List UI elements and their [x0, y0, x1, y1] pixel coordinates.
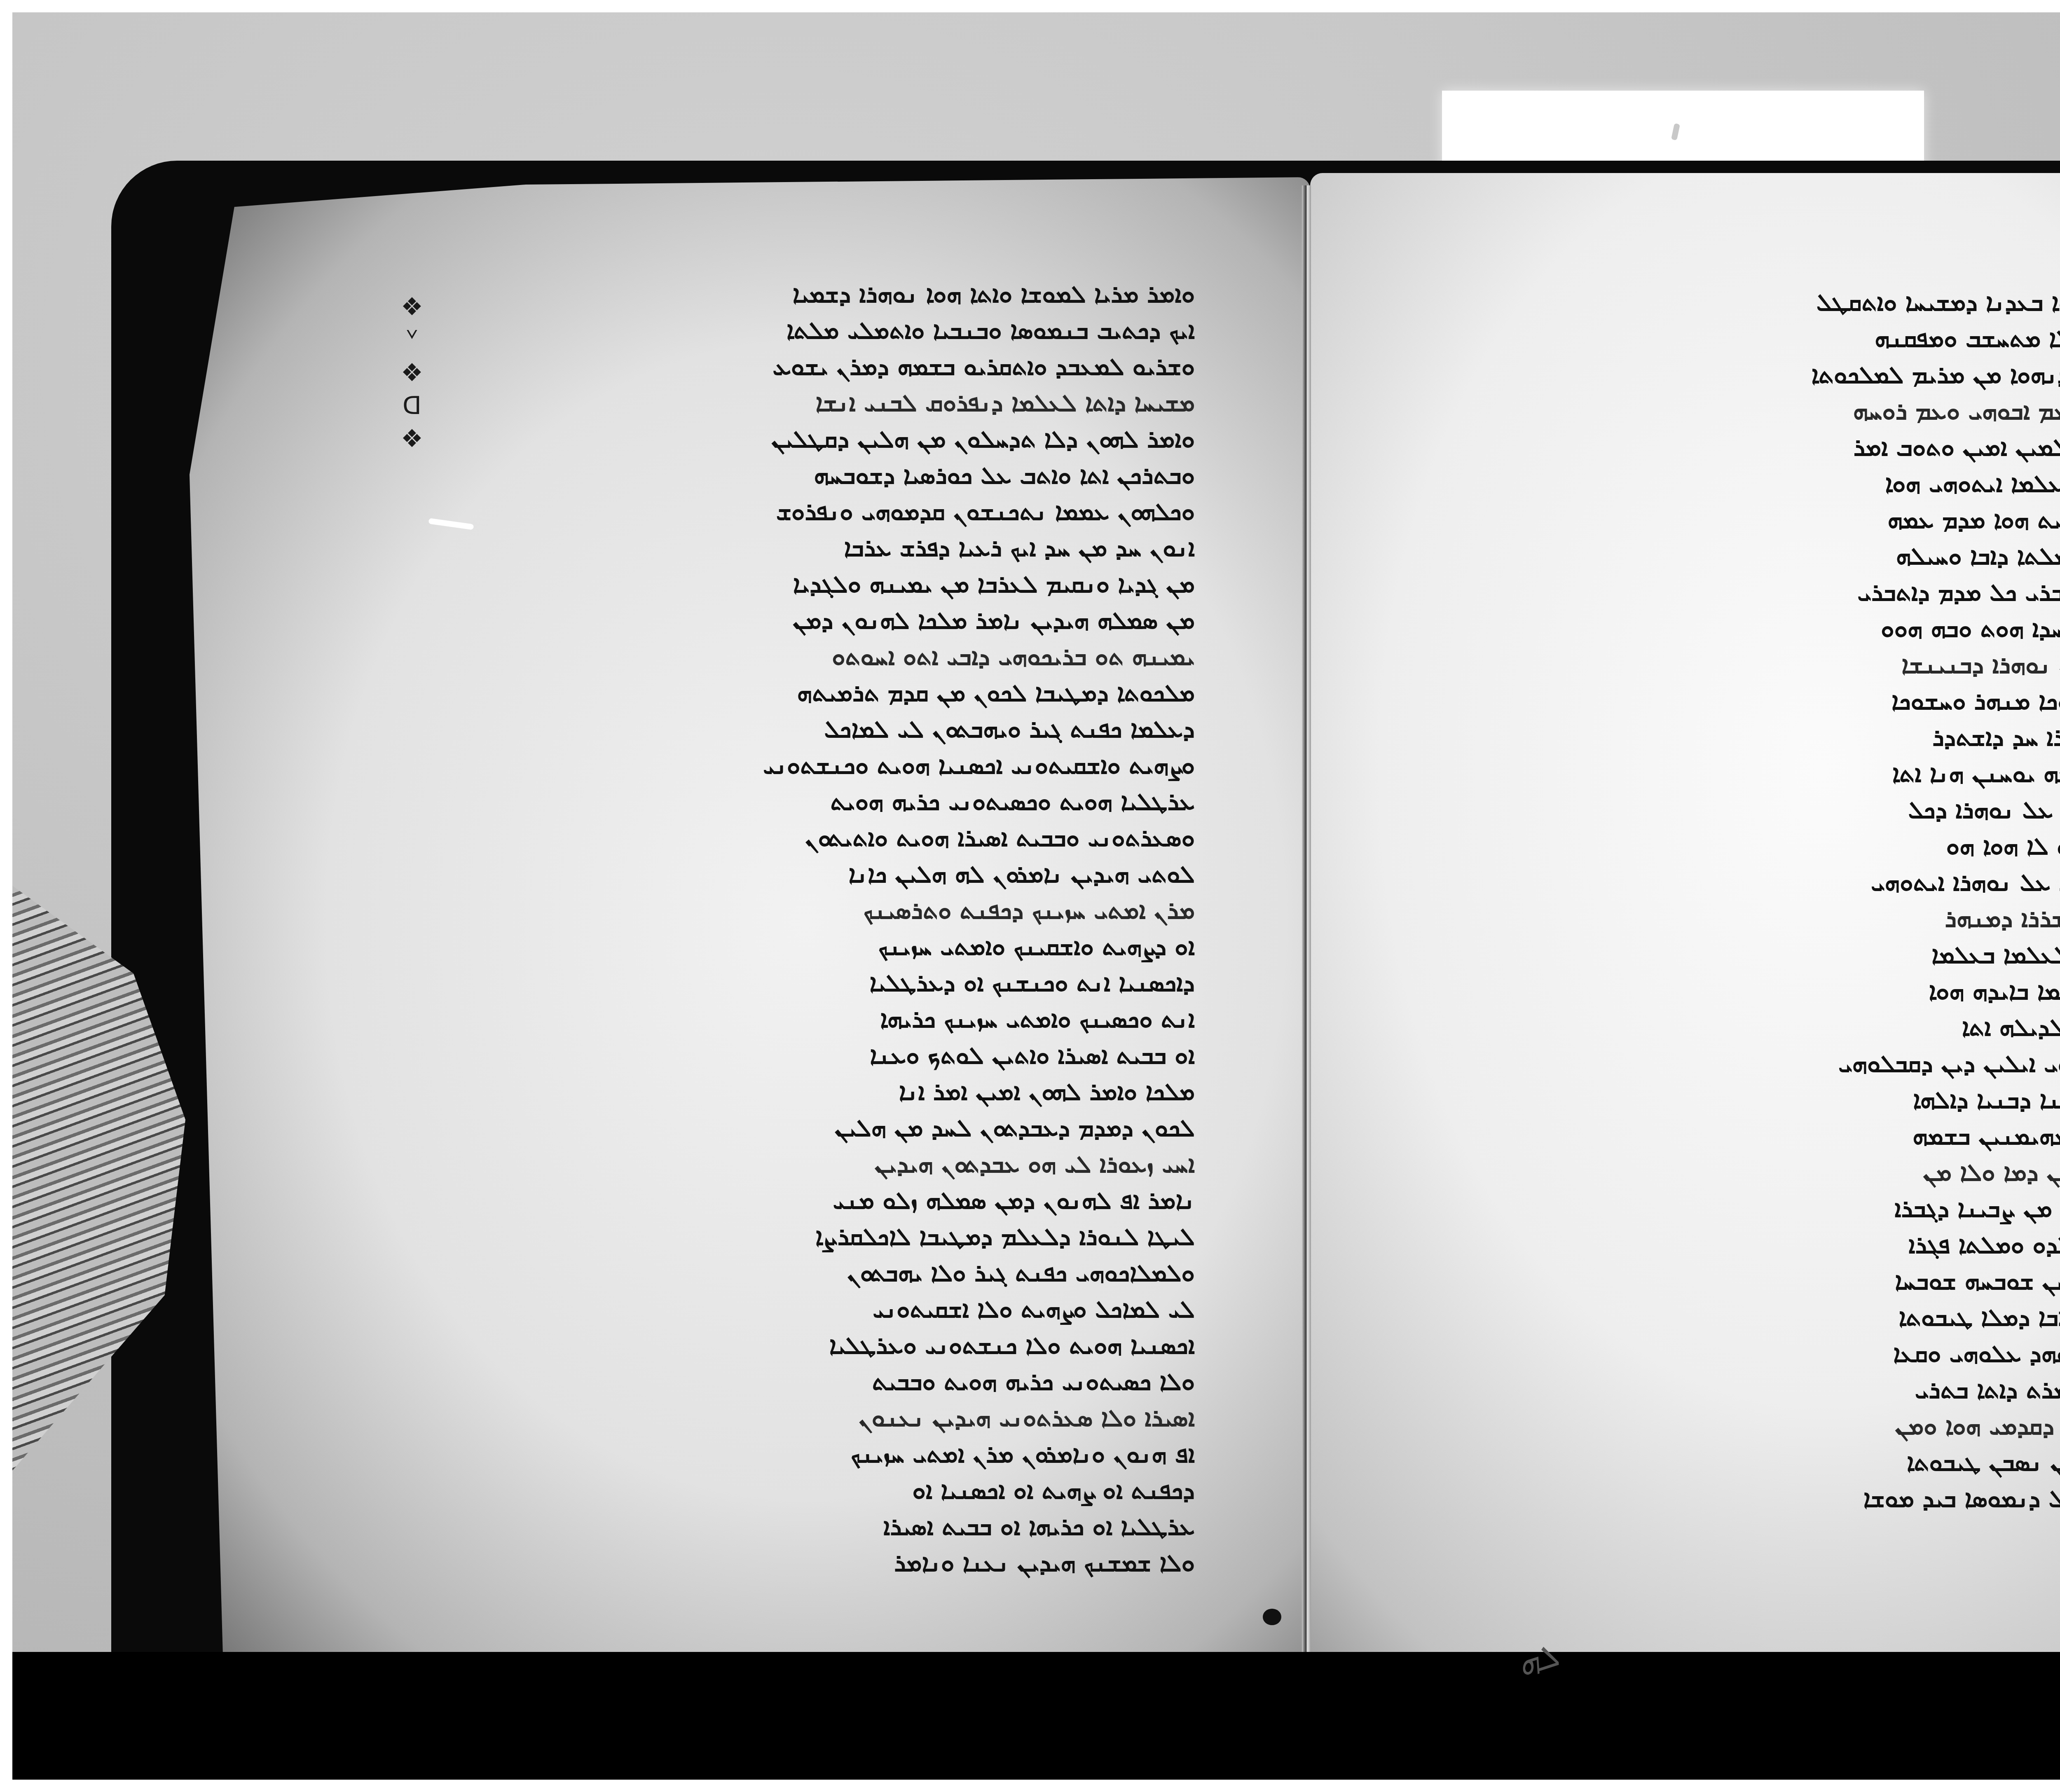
manuscript-line: ܐܣܝܪܐ ܘܠܐ ܣܥܪܬܘܢܝ ܗܝܕܝܢ ܢܥܢܘܢ: [437, 1400, 1195, 1436]
manuscript-line: ܘܚܟܡܬܗ ܘܒܗ ܐܬܒܪܝ ܟܠ ܡܕܡ ܕܐܬܒܪܝ: [1434, 574, 2060, 611]
manuscript-line: ܘܟܠܗܘܢ ܥܡܡܐ ܢܬܟܢܫܘܢ ܩܕܡܘܗܝ ܘܢܦܪܘܫ: [437, 494, 1195, 530]
manuscript-line: ܡܪܢ ܐܡܬܝ ܚܙܝܢܟ ܕܟܦܢܬ ܘܬܪܣܝܢܟ: [437, 892, 1195, 929]
manuscript-line: ܠܘܬܝ ܗܝܕܝܢ ܢܐܡܪܘܢ ܠܗ ܗܠܝܢ ܟܐܢܐ: [437, 856, 1195, 892]
manuscript-line: ܐܦ ܗܢܘܢ ܘܢܐܡܪܘܢ ܡܪܢ ܐܡܬܝ ܚܙܝܢܟ: [437, 1436, 1195, 1472]
manuscript-line: ܘܒܬܪܟܢ ܐܬܐ ܘܐܬܒ ܥܠ ܟܘܪܣܝܐ ܕܫܘܒܚܗ: [437, 457, 1195, 494]
manuscript-line: ܘܡܦܩܢܐ ܕܝܠܗ ܗܘܐ ܒܥܕܢܐ ܕܡܫܝܚܐ ܘܐܬܩܛܠ: [1434, 284, 2060, 321]
manuscript-line: ܐܘ ܒܒܝܬ ܐܣܝܪܐ ܘܐܬܝܢ ܠܘܬܟ ܘܥܢܐ: [437, 1037, 1195, 1074]
manuscript-line: ܗܘܐ ܘܐܓܢ ܒܢ ܘܚܙܝܢ ܫܘܒܚܗ ܫܘܒܚܐ: [1434, 1263, 2060, 1299]
manuscript-line: ܠܐ ܐܕܪܟܗ ܗܘܐ ܓܒܪܐ ܚܕ ܕܐܫܬܕܪ: [1434, 719, 2060, 756]
label-slip-mark: [1671, 123, 1680, 140]
manuscript-line: ܐܘ ܕܨܗܝܬ ܘܐܫܩܝܢܟ ܘܐܡܬܝ ܚܙܝܢܟ: [437, 929, 1195, 965]
manuscript-line: ܡܫܝܚܐ ܗܘ ܓܝܪ ܕܠܐ ܡܬܚܫܒ ܘܡܦܩܢܗ: [1434, 321, 2060, 357]
manuscript-line: ܥܪܛܠܝܐ ܗܘܝܬ ܘܟܣܝܬܘܢܝ ܟܪܝܗ ܗܘܝܬ: [437, 784, 1195, 820]
manuscript-line: ܚܝܐ ܘܚܝܐ ܐܝܬܝܗܘܢ ܢܘܗܪܐ ܕܒܢܝܢܫܐ: [1434, 647, 2060, 683]
manuscript-line: ܡܫܝܚܐ ܕܐܬܐ ܠܥܠܡܐ ܕܢܦܪܘܩ ܠܒܢܝ ܐܢܫܐ: [437, 385, 1195, 421]
foreground-shadow: [12, 1652, 2060, 1780]
manuscript-line: ܡܢ ܠܘܬ ܐܠܗܐ ܫܡܗ ܝܘܚܢܢ ܗܢܐ ܐܬܐ: [1434, 756, 2060, 792]
manuscript-line: ܘܨܗܝܬ ܘܐܫܩܝܬܘܢܝ ܐܟܣܢܝܐ ܗܘܝܬ ܘܟܢܫܬܘܢܝ: [437, 747, 1195, 784]
manuscript-line: ܠܟܠ ܒܪܢܫ ܕܐܬܐ ܠܥܠܡܐ ܒܥܠܡܐ: [1434, 937, 2060, 973]
manuscript-line: ܐܢܬ ܘܟܣܝܢܟ ܘܐܡܬܝ ܚܙܝܢܟ ܟܪܝܗܐ: [437, 1001, 1195, 1037]
manuscript-line: ܘܥܠܡܐ ܠܐ ܝܕܥܗ ܠܕܝܠܗ ܐܬܐ: [1434, 1009, 2060, 1046]
manuscript-line: ܡܠܝܘܬܗ ܚܢܢ ܟܠܢ ܢܣܒܢ ܛܝܒܘܬܐ: [1434, 1444, 2060, 1481]
left-page-text-block: ܘܐܡܪ ܡܪܝܐ ܠܡܘܫܐ ܘܐܬܐ ܗܘܐ ܢܘܗܪܐ ܕܫܡܝܐܐܝܟ …: [437, 276, 1195, 1581]
manuscript-line: ܘܗܘܐ ܩܕܡܝ ܡܛܠ ܕܩܕܡܝ ܗܘܐ ܘܡܢ: [1434, 1408, 2060, 1444]
cross-ornament-icon: ❖: [398, 292, 426, 321]
manuscript-line: ܐܝܟ ܕܟܬܝܒ ܒܢܡܘܣܐ ܘܒܢܒܝܐ ܘܐܬܡܠܝ ܡܠܬܐ: [437, 312, 1195, 349]
manuscript-line: ܘܐܡܪ ܠܗܘܢ ܕܠܐ ܬܕܚܠܘܢ ܡܢ ܗܠܝܢ ܕܩܛܠܝܢ: [437, 421, 1195, 457]
manuscript-line: ܕܐܟܣܢܝܐ ܐܢܬ ܘܟܢܫܢܟ ܐܘ ܕܥܪܛܠܝܐ: [437, 965, 1195, 1001]
manuscript-line: ܩܕܝܫܬܐ ܠܥܠܡ ܥܠܡܝܢ ܐܡܝܢ ܘܬܘܒ ܐܡܪ: [1434, 429, 2060, 466]
manuscript-line: ܝܗܒ ܠܗܘܢ ܫܘܠܛܢܐ ܕܒܢܝܐ ܕܐܠܗܐ: [1434, 1082, 2060, 1118]
manuscript-line: ܡܠܟܐ ܘܐܡܪ ܠܗܘܢ ܐܡܝܢ ܐܡܪ ܐܢܐ: [437, 1074, 1195, 1110]
manuscript-line: ܘܣܥܪܬܘܢܝ ܘܒܒܝܬ ܐܣܝܪܐ ܗܘܝܬ ܘܐܬܝܬܘܢ: [437, 820, 1195, 856]
cross-ornament-icon: ❖: [398, 358, 426, 387]
hook-sign-icon: ᘁ: [398, 325, 426, 354]
manuscript-photograph: ❖ᘁ❖ꓷ❖ ܘܐܡܪ ܡܪܝܐ ܠܡܘܫܐ ܘܐܬܐ ܗܘܐ ܢܘܗܪܐ ܕܫܡ…: [12, 12, 2060, 1780]
manuscript-line: ܡܢ ܣܡܠܗ ܗܝܕܝܢ ܢܐܡܪ ܡܠܟܐ ܠܗܢܘܢ ܕܡܢ: [437, 602, 1195, 639]
manuscript-line: ܘܐܡܪ ܗܢܘ ܗܘ ܕܐܡܪܬ ܕܐܬܐ ܒܬܪܝ: [1434, 1372, 2060, 1408]
manuscript-line: ܢܐܡܪ ܐܦ ܠܗܢܘܢ ܕܡܢ ܣܡܠܗ ܙܠܘ ܡܢܝ: [437, 1182, 1195, 1219]
manuscript-line: ܝܡܝܢܗ ܬܘ ܒܪܝܟܘܗܝ ܕܐܒܝ ܐܬܘ ܐܚܘܬܘ: [437, 639, 1195, 675]
manuscript-line: ܡܢ ܓܕܝܐ ܘܢܩܝܡ ܠܥܪܒܐ ܡܢ ܝܡܝܢܗ ܘܠܓܕܝܐ: [437, 566, 1195, 602]
manuscript-line: ܘܗܘ ܢܘܗܪܐ ܒܚܫܘܟܐ ܡܢܗܪ ܘܚܫܘܟܐ: [1434, 683, 2060, 719]
manuscript-line: ܢܘܗܪܐ ܐܠܐ ܕܢܣܗܕ ܥܠ ܢܘܗܪܐ ܐܝܬܘܗܝ: [1434, 864, 2060, 901]
manuscript-line: ܗܘܐ ܓܝܪ ܢܘܗܪܐ ܕܫܪܪܐ ܕܡܢܗܪ: [1434, 901, 2060, 937]
manuscript-line: ܕܫܡܝܐ ܘܢܫܬܒܚ ܥܡ ܐܒܘܗܝ ܘܥܡ ܪܘܚܗ: [1434, 393, 2060, 429]
cross-ornament-icon: ❖: [398, 424, 426, 453]
manuscript-line: ܡܠܟܘܬܐ ܕܡܛܝܒܐ ܠܟܘܢ ܡܢ ܩܕܡ ܬܪܡܝܬܗ: [437, 675, 1195, 711]
manuscript-line: ܘܒܠܥܕܘܗܝ ܐܦܠܐ ܚܕܐ ܗܘܬ ܘܒܗ ܗܘܘ: [1434, 611, 2060, 647]
manuscript-line: ܗܘ ܓܝܪ ܐܝܬܘܗܝ ܡܠܬܐ ܕܐܒܐ ܘܚܝܠܗ: [1434, 538, 2060, 574]
manuscript-line: ܐܢܘܢ ܚܕ ܡܢ ܚܕ ܐܝܟ ܪܥܝܐ ܕܦܪܫ ܥܪܒܐ: [437, 530, 1195, 566]
manuscript-line: ܠܝ ܠܡܐܟܠ ܘܨܗܝܬ ܘܠܐ ܐܫܩܝܬܘܢܝ: [437, 1291, 1195, 1327]
abbreviation-sign-icon: ꓷ: [398, 391, 426, 420]
manuscript-line: ܠܟܘܢ ܕܡܕܡ ܕܥܒܕܬܘܢ ܠܚܕ ܡܢ ܗܠܝܢ: [437, 1110, 1195, 1146]
manuscript-line: ܐܟܣܢܝܐ ܗܘܝܬ ܘܠܐ ܟܢܫܬܘܢܝ ܘܥܪܛܠܝܐ: [437, 1327, 1195, 1364]
manuscript-line: ܠܝܛܐ ܠܢܘܪܐ ܕܠܥܠܡ ܕܡܛܝܒܐ ܠܐܟܠܩܪܨܐ: [437, 1219, 1195, 1255]
manuscript-line: ܠܣܗܕܘܬܐ ܕܢܣܗܕ ܥܠ ܢܘܗܪܐ ܕܟܠ: [1434, 792, 2060, 828]
manuscript-line: ܗܢܘܢ ܕܠܐ ܗܘܘ ܡܢ ܕܡܐ ܘܠܐ ܡܢ: [1434, 1154, 2060, 1191]
manuscript-line: ܥܪܛܠܝܐ ܐܘ ܟܪܝܗܐ ܐܘ ܒܒܝܬ ܐܣܝܪܐ: [437, 1509, 1195, 1545]
ink-blot: [1263, 1609, 1281, 1625]
manuscript-line: ܕܡܢ ܩܕܡ ܕܢܗܘܐ ܥܠܡܐ ܐܝܬܘܗܝ ܗܘܐ: [1434, 466, 2060, 502]
manuscript-line: ܚܠܦ ܛܝܒܘܬܐ ܡܛܠ ܕܢܡܘܣܐ ܒܝܕ ܡܘܫܐ: [1434, 1481, 2060, 1517]
manuscript-line: ܐܝܬܘܗܝ ܗܘܐ ܘܥܠܡܐ ܒܐܝܕܗ ܗܘܐ: [1434, 973, 2060, 1009]
manuscript-line: ܕܥܠܡܐ ܟܦܢܬ ܓܝܪ ܘܝܗܒܬܘܢ ܠܝ ܠܡܐܟܠ: [437, 711, 1195, 747]
manuscript-line: ܘܠܡܠܐܟܘܗܝ ܟܦܢܬ ܓܝܪ ܘܠܐ ܝܗܒܬܘܢ: [437, 1255, 1195, 1291]
manuscript-line: ܐܠܐ ܡܢ ܐܠܗܐ ܐܬܝܠܕܘ ܘܡܠܬܐ ܦܓܪܐ: [1434, 1227, 2060, 1263]
manuscript-line: ܢܗܘܘܢ ܠܐܝܠܝܢ ܕܡܗܝܡܢܝܢ ܒܫܡܗ: [1434, 1118, 2060, 1154]
manuscript-line: ܘܩܘܫܬܐ ܝܘܚܢܢ ܣܗܕ ܥܠܘܗܝ ܘܩܥܐ: [1434, 1336, 2060, 1372]
manuscript-line: ܐܢܫ ܢܗܝܡܢ ܒܐܝܕܗ ܠܐ ܗܘܐ ܗܘ: [1434, 828, 2060, 864]
manuscript-line: ܘܐܡܪ ܡܪܝܐ ܠܡܘܫܐ ܘܐܬܐ ܗܘܐ ܢܘܗܪܐ ܕܫܡܝܐ: [437, 276, 1195, 312]
manuscript-line: ܠܥܠܡܐ ܡܢ ܩܕܡ ܕܢܗܘܐ ܡܢ ܡܪܝܡ ܠܡܠܟܘܬܐ: [1434, 357, 2060, 393]
margin-section-marks: ❖ᘁ❖ꓷ❖: [398, 292, 426, 457]
manuscript-line: ܐܝܟ ܕܝܚܝܕܝܐ ܕܡܢ ܐܒܐ ܕܡܠܐ ܛܝܒܘܬܐ: [1434, 1299, 2060, 1336]
manuscript-line: ܘܫܪܝܘ ܠܡܥܒܕ ܘܐܬܩܪܝܘ ܒܫܡܗ ܕܡܪܢ ܝܫܘܥ: [437, 349, 1195, 385]
manuscript-line: ܨܒܝܢܐ ܕܒܣܪܐ ܘܠܐ ܡܢ ܨܒܝܢܐ ܕܓܒܪܐ: [1434, 1191, 2060, 1227]
manuscript-line: ܘܠܐ ܟܣܝܬܘܢܝ ܟܪܝܗ ܗܘܝܬ ܘܒܒܝܬ: [437, 1364, 1195, 1400]
manuscript-line: ܘܠܐ ܫܡܫܢܟ ܗܝܕܝܢ ܢܥܢܐ ܘܢܐܡܪ: [437, 1545, 1195, 1581]
book-gutter: [1302, 185, 1311, 1668]
manuscript-line: ܘܕܝܠܗ ܠܐ ܩܒܠܘܗܝ ܐܝܠܝܢ ܕܝܢ ܕܩܒܠܘܗܝ: [1434, 1046, 2060, 1082]
right-page-text-block: ܘܡܦܩܢܐ ܕܝܠܗ ܗܘܐ ܒܥܕܢܐ ܕܡܫܝܚܐ ܘܐܬܩܛܠܡܫܝܚܐ…: [1434, 284, 2060, 1517]
manuscript-line: ܕܟܦܢܬ ܐܘ ܨܗܝܬ ܐܘ ܐܟܣܢܝܐ ܐܘ: [437, 1472, 1195, 1509]
manuscript-line: ܒܠܚܘܕܘܗܝ ܘܠܐ ܐܝܬ ܗܘܐ ܡܕܡ ܥܡܗ: [1434, 502, 2060, 538]
manuscript-line: ܐܚܝ ܙܥܘܪܐ ܠܝ ܗܘ ܥܒܕܬܘܢ ܗܝܕܝܢ: [437, 1146, 1195, 1182]
